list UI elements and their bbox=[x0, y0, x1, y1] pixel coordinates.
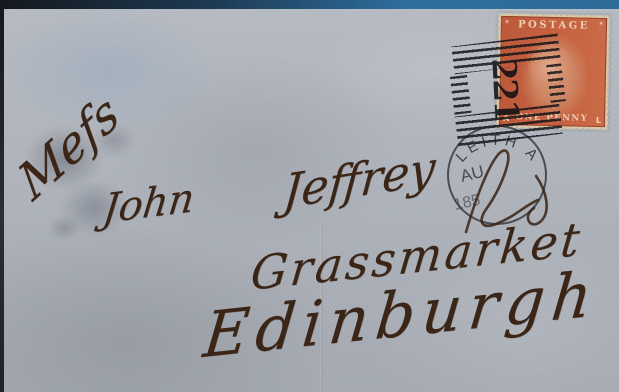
datestamp-month-text: AU bbox=[458, 162, 486, 186]
datestamp-year-text: 185 bbox=[452, 192, 482, 214]
stamp-corner-ornament-icon: ✶ bbox=[598, 20, 604, 28]
stamp-corner-letter-right: L bbox=[596, 116, 601, 125]
cover-photo: POSTAGE ONE PENNY ✶ ✶ A L 221 LEITH A AU… bbox=[0, 0, 619, 392]
cancel-bars bbox=[450, 75, 472, 115]
stamp-postage-label: POSTAGE bbox=[502, 19, 606, 32]
cancel-numeral: 221 bbox=[482, 62, 531, 116]
stamp-corner-ornament-icon: ✶ bbox=[504, 18, 510, 26]
